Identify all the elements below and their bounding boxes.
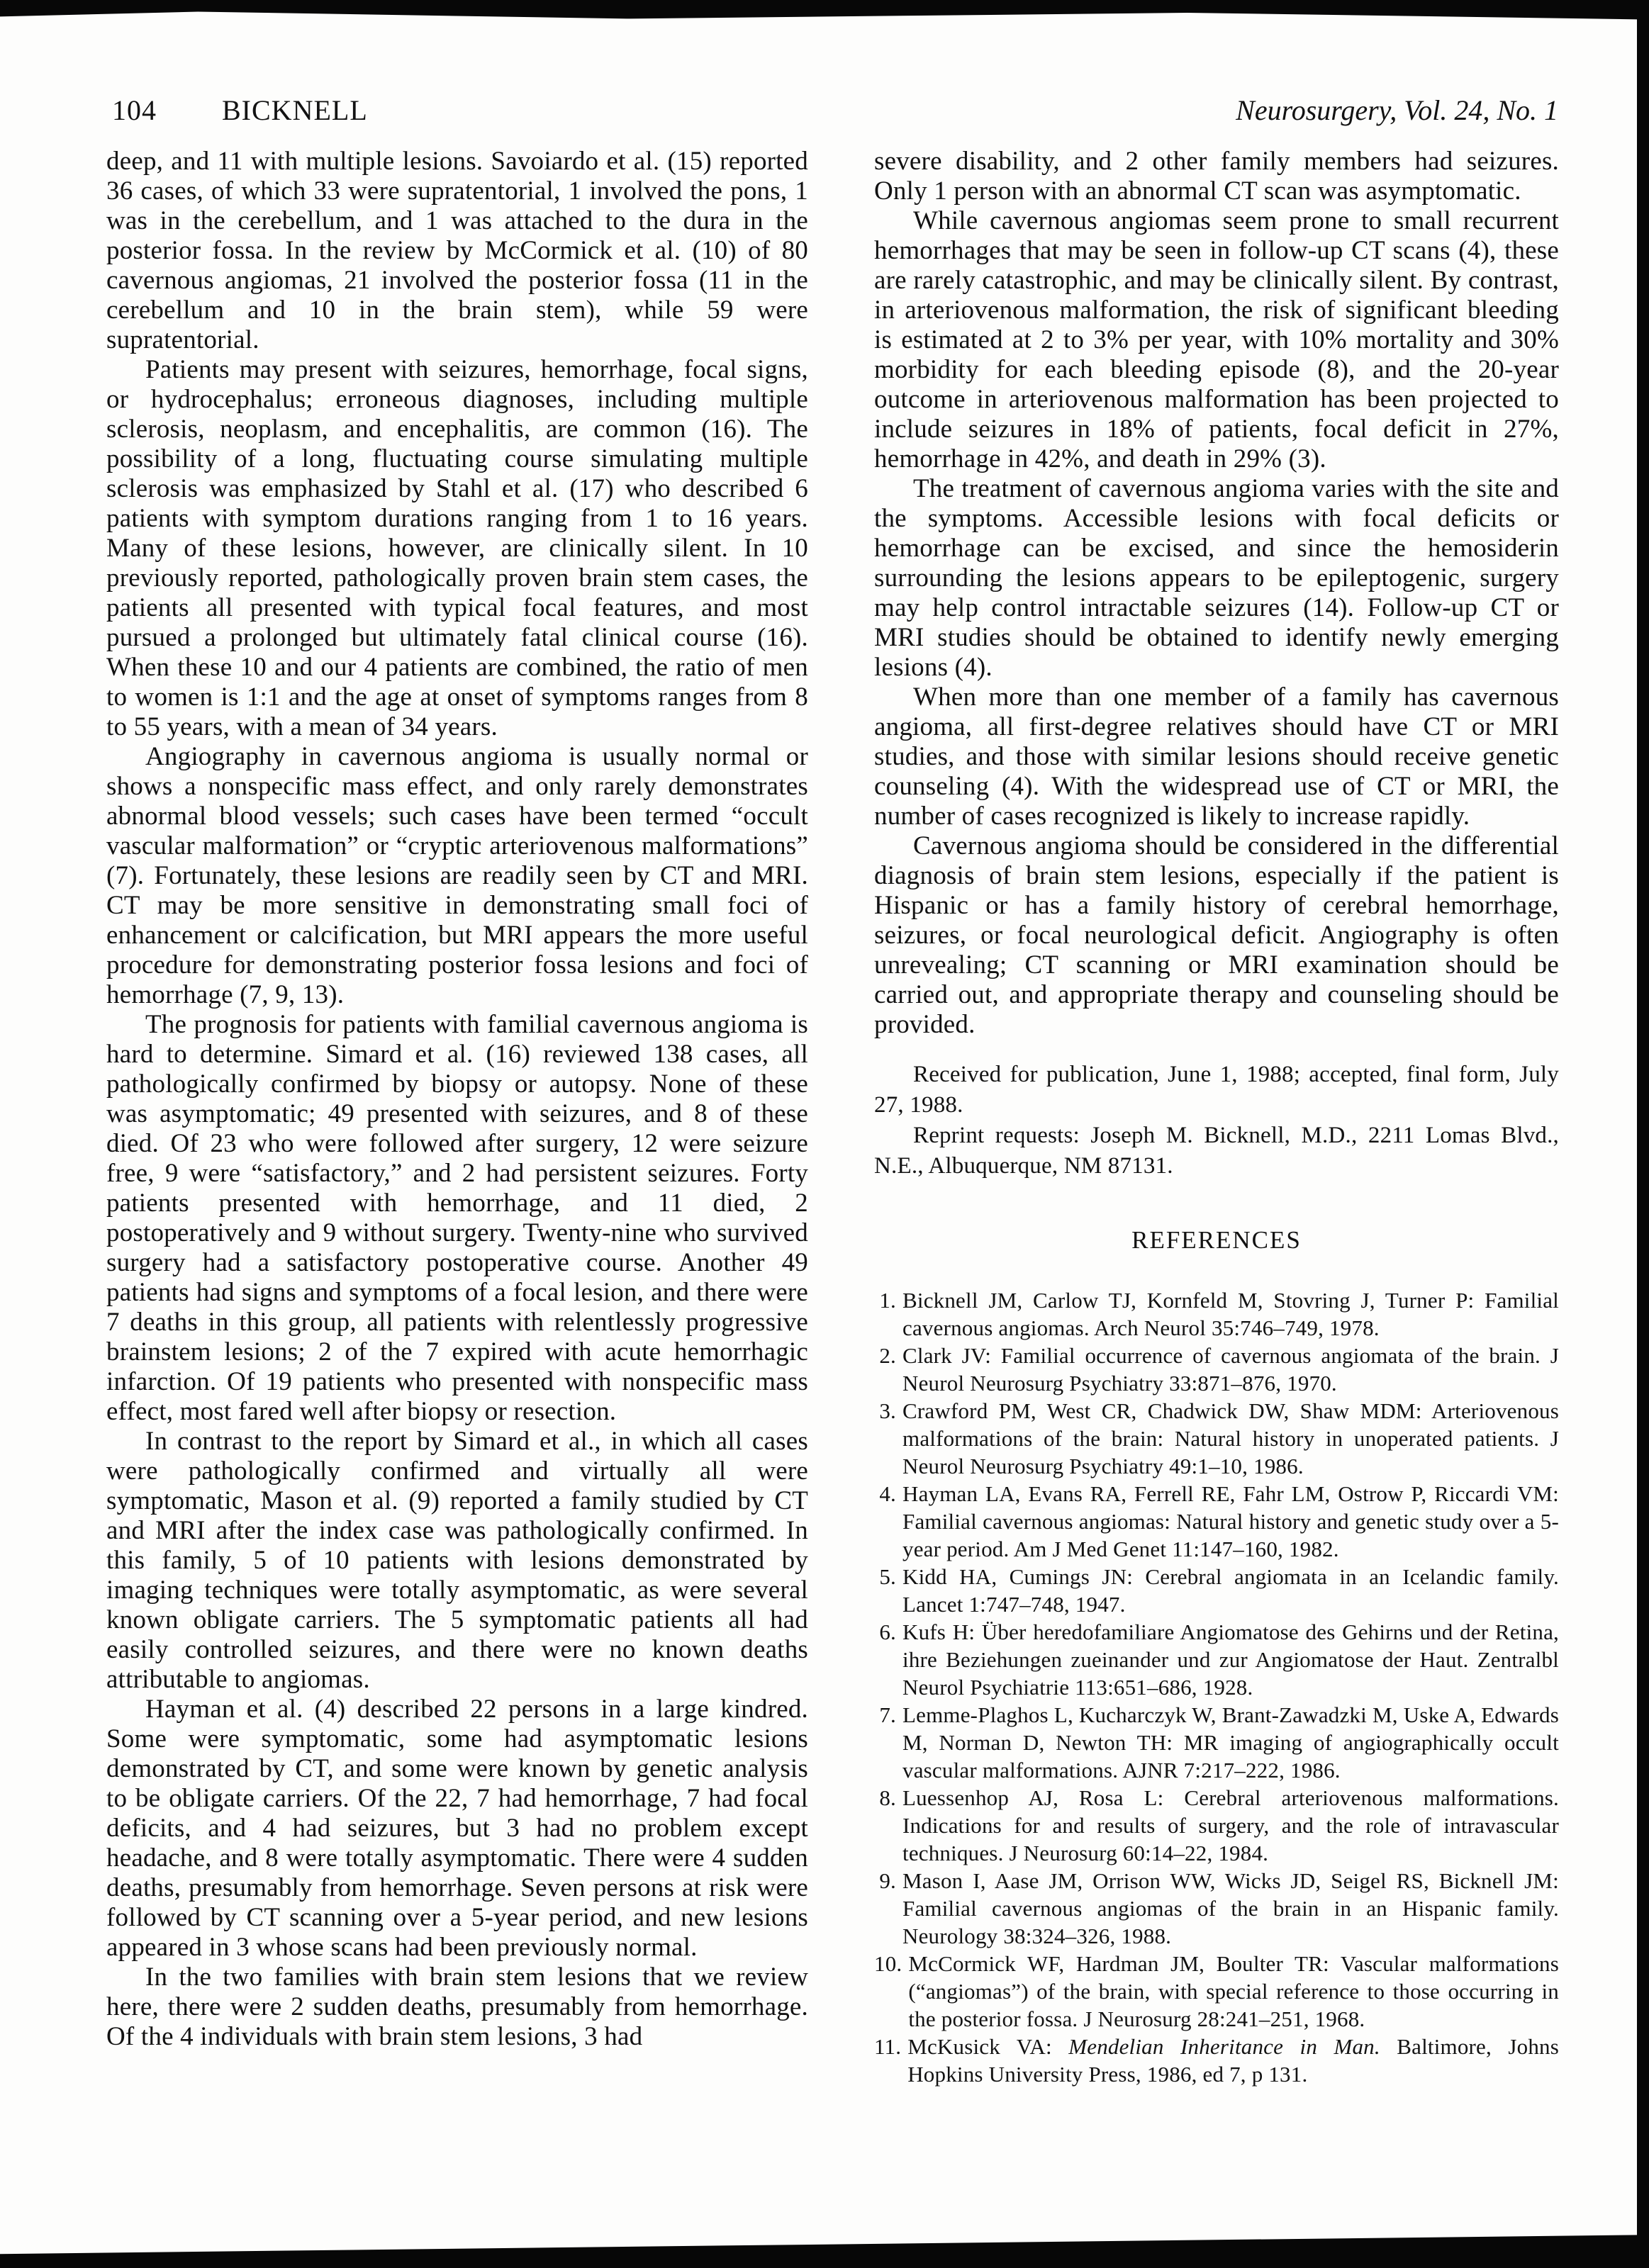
reference-item: 7.Lemme-Plaghos L, Kucharczyk W, Brant-Z… <box>874 1701 1559 1784</box>
paragraph: While cavernous angiomas seem prone to s… <box>874 206 1559 474</box>
reference-number: 11. <box>874 2033 907 2088</box>
running-head: 104 BICKNELL Neurosurgery, Vol. 24, No. … <box>0 94 1649 129</box>
reference-number: 9. <box>874 1867 902 1950</box>
journal-page: 104 BICKNELL Neurosurgery, Vol. 24, No. … <box>0 0 1649 2268</box>
reference-item: 4.Hayman LA, Evans RA, Ferrell RE, Fahr … <box>874 1480 1559 1563</box>
paragraph: deep, and 11 with multiple lesions. Savo… <box>106 147 808 355</box>
scan-edge-top <box>0 0 1649 21</box>
reference-item: 1.Bicknell JM, Carlow TJ, Kornfeld M, St… <box>874 1286 1559 1342</box>
publication-note: Received for publication, June 1, 1988; … <box>874 1060 1559 1121</box>
reference-item: 3.Crawford PM, West CR, Chadwick DW, Sha… <box>874 1397 1559 1480</box>
reference-number: 6. <box>874 1618 902 1701</box>
paragraph: When more than one member of a family ha… <box>874 683 1559 831</box>
reference-text: McKusick VA: Mendelian Inheritance in Ma… <box>907 2033 1559 2088</box>
reference-book-title: Mendelian Inheritance in Man. <box>1068 2034 1380 2059</box>
reference-number: 8. <box>874 1784 902 1867</box>
reference-item: 10.McCormick WF, Hardman JM, Boulter TR:… <box>874 1950 1559 2033</box>
reference-text: Bicknell JM, Carlow TJ, Kornfeld M, Stov… <box>902 1286 1559 1342</box>
reference-number: 5. <box>874 1563 902 1618</box>
publication-notes: Received for publication, June 1, 1988; … <box>874 1060 1559 1181</box>
reference-text: Kufs H: Über heredofamiliare Angiomatose… <box>902 1618 1559 1701</box>
reference-number: 10. <box>874 1950 908 2033</box>
paragraph: Cavernous angioma should be considered i… <box>874 831 1559 1040</box>
paragraph: In the two families with brain stem lesi… <box>106 1963 808 2052</box>
scan-edge-right <box>1637 0 1649 2268</box>
left-column: deep, and 11 with multiple lesions. Savo… <box>106 147 808 2052</box>
reference-number: 1. <box>874 1286 902 1342</box>
reference-item: 5.Kidd HA, Cumings JN: Cerebral angiomat… <box>874 1563 1559 1618</box>
reference-item: 9.Mason I, Aase JM, Orrison WW, Wicks JD… <box>874 1867 1559 1950</box>
running-head-journal: Neurosurgery, Vol. 24, No. 1 <box>1236 94 1558 127</box>
reference-text: Lemme-Plaghos L, Kucharczyk W, Brant-Zaw… <box>902 1701 1559 1784</box>
scan-edge-bottom <box>0 2231 1649 2268</box>
running-head-author: BICKNELL <box>222 94 368 127</box>
reference-number: 3. <box>874 1397 902 1480</box>
page-number: 104 <box>112 94 157 127</box>
paragraph: The treatment of cavernous angioma varie… <box>874 474 1559 683</box>
reference-item: 6.Kufs H: Über heredofamiliare Angiomato… <box>874 1618 1559 1701</box>
right-column: severe disability, and 2 other family me… <box>874 147 1559 2088</box>
reference-item: 8.Luessenhop AJ, Rosa L: Cerebral arteri… <box>874 1784 1559 1867</box>
reference-text: McCormick WF, Hardman JM, Boulter TR: Va… <box>908 1950 1559 2033</box>
references-list: 1.Bicknell JM, Carlow TJ, Kornfeld M, St… <box>874 1286 1559 2088</box>
reference-text: Hayman LA, Evans RA, Ferrell RE, Fahr LM… <box>902 1480 1559 1563</box>
paragraph: Hayman et al. (4) described 22 persons i… <box>106 1695 808 1963</box>
reference-text: Clark JV: Familial occurrence of caverno… <box>902 1342 1559 1397</box>
reference-number: 7. <box>874 1701 902 1784</box>
reference-text: Luessenhop AJ, Rosa L: Cerebral arteriov… <box>902 1784 1559 1867</box>
reference-item: 11.McKusick VA: Mendelian Inheritance in… <box>874 2033 1559 2088</box>
reference-text: Crawford PM, West CR, Chadwick DW, Shaw … <box>902 1397 1559 1480</box>
reference-number: 4. <box>874 1480 902 1563</box>
paragraph: In contrast to the report by Simard et a… <box>106 1427 808 1695</box>
reference-item: 2.Clark JV: Familial occurrence of caver… <box>874 1342 1559 1397</box>
paragraph: The prognosis for patients with familial… <box>106 1010 808 1427</box>
paragraph: severe disability, and 2 other family me… <box>874 147 1559 206</box>
references-title: REFERENCES <box>874 1225 1559 1255</box>
reference-text: Mason I, Aase JM, Orrison WW, Wicks JD, … <box>902 1867 1559 1950</box>
paragraph: Angiography in cavernous angioma is usua… <box>106 742 808 1010</box>
reference-text: Kidd HA, Cumings JN: Cerebral angiomata … <box>902 1563 1559 1618</box>
right-column-paragraphs: severe disability, and 2 other family me… <box>874 147 1559 1040</box>
publication-note: Reprint requests: Joseph M. Bicknell, M.… <box>874 1121 1559 1181</box>
reference-number: 2. <box>874 1342 902 1397</box>
paragraph: Patients may present with seizures, hemo… <box>106 355 808 742</box>
